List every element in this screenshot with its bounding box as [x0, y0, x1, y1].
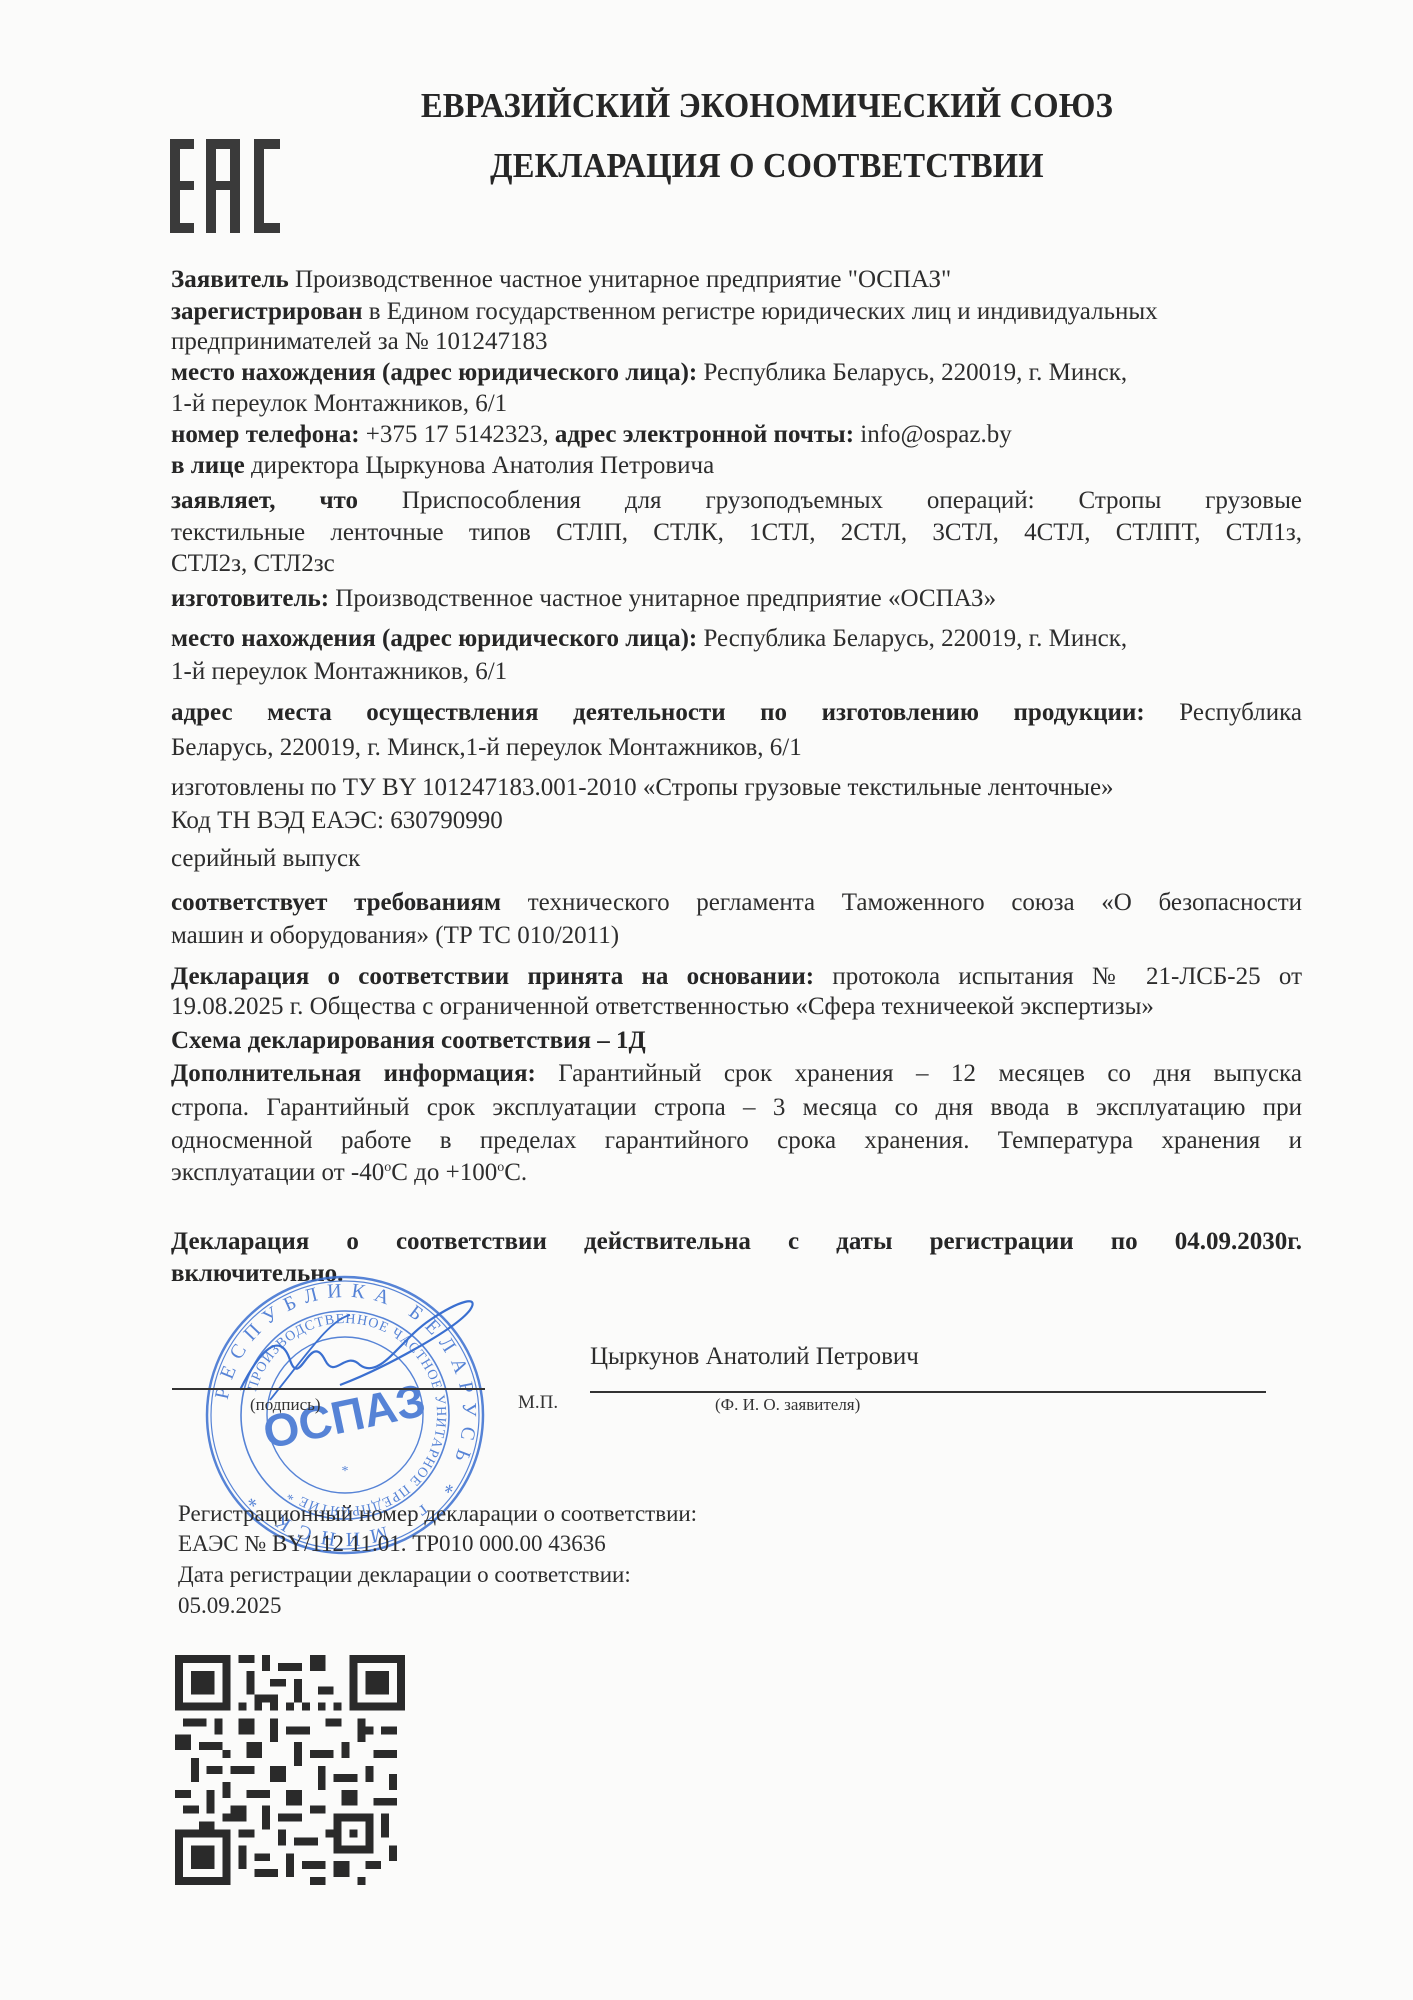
conformity-value: технического регламента Таможенного союз… [501, 889, 1302, 916]
temp-range-text: эксплуатации от -40 [171, 1159, 384, 1186]
registration-date-label: Дата регистрации декларации о соответств… [178, 1561, 631, 1589]
declaration-scheme: Схема декларирования соответствия – 1Д [171, 1026, 1302, 1056]
manufacturer-address-value: Республика Беларусь, 220019, г. Минск, [697, 625, 1127, 652]
temp-range-text: С. [504, 1159, 527, 1186]
document-title: ДЕКЛАРАЦИЯ О СООТВЕТСТВИИ [49, 146, 1363, 186]
signature-caption: (подпись) [250, 1395, 321, 1415]
declares-label: заявляет, что [171, 487, 358, 514]
contact-line: номер телефона: +375 17 5142323, адрес э… [171, 420, 1302, 450]
phone-label: номер телефона: [171, 421, 360, 448]
registered-number: предпринимателей за № 101247183 [171, 327, 1302, 357]
production-address-line-2: Беларусь, 220019, г. Минск,1-й переулок … [171, 733, 1302, 763]
basis-line-2: 19.08.2025 г. Общества с ограниченной от… [171, 992, 1302, 1022]
registration-date-value: 05.09.2025 [178, 1592, 282, 1620]
release-type: серийный выпуск [171, 844, 1302, 874]
conformity-label: соответствует требованиям [171, 889, 501, 916]
additional-info-line-4: эксплуатации от -40oС до +100oС. [171, 1158, 1302, 1188]
declares-line-2: текстильные ленточные типов СТЛП, СТЛК, … [171, 518, 1302, 548]
declares-line: заявляет, что Приспособления для грузопо… [171, 486, 1302, 516]
applicant-address-line-2: 1-й переулок Монтажников, 6/1 [171, 389, 1302, 419]
manufacturer-line: изготовитель: Производственное частное у… [171, 584, 1302, 614]
production-address-label: адрес места осуществления деятельности п… [171, 699, 1145, 726]
applicant-line: Заявитель Производственное частное унита… [171, 265, 1302, 295]
signer-name: Цыркунов Анатолий Петрович [590, 1343, 919, 1371]
declares-value: Приспособления для грузоподъемных операц… [358, 487, 1302, 514]
applicant-value: Производственное частное унитарное предп… [289, 266, 951, 293]
signature-line [172, 1388, 485, 1390]
validity-line: Декларация о соответствии действительна … [171, 1227, 1302, 1257]
phone-value: +375 17 5142323, [360, 421, 555, 448]
svg-text:*: * [342, 1464, 349, 1479]
additional-info-line-3: односменной работе в пределах гарантийно… [171, 1126, 1302, 1156]
representative-label: в лице [171, 452, 245, 479]
registration-number-value: ЕАЭС № BY/112 11.01. ТР010 000.00 43636 [178, 1530, 606, 1558]
applicant-address-value: Республика Беларусь, 220019, г. Минск, [697, 359, 1127, 386]
applicant-address-line: место нахождения (адрес юридического лиц… [171, 358, 1302, 388]
name-line [590, 1391, 1266, 1393]
conformity-line: соответствует требованиям технического р… [171, 888, 1302, 918]
additional-info-line: Дополнительная информация: Гарантийный с… [171, 1059, 1302, 1089]
basis-label: Декларация о соответствии принята на осн… [171, 963, 814, 990]
registration-number-label: Регистрационный номер декларации о соотв… [178, 1500, 697, 1528]
temp-range-text: С до +100 [391, 1159, 497, 1186]
production-address-value: Республика [1145, 699, 1302, 726]
tn-ved-code: Код ТН ВЭД ЕАЭС: 630790990 [171, 806, 1302, 836]
product-spec: изготовлены по ТУ BY 101247183.001-2010 … [171, 773, 1302, 803]
declares-line-3: СТЛ2з, СТЛ2зс [171, 549, 1302, 579]
email-value[interactable]: info@ospaz.by [854, 421, 1012, 448]
applicant-address-label: место нахождения (адрес юридического лиц… [171, 359, 697, 386]
declaration-document: ЕВРАЗИЙСКИЙ ЭКОНОМИЧЕСКИЙ СОЮЗ ДЕКЛАРАЦИ… [0, 0, 1413, 2000]
manufacturer-address-label: место нахождения (адрес юридического лиц… [171, 625, 697, 652]
representative-line: в лице директора Цыркунова Анатолия Петр… [171, 451, 1302, 481]
name-caption: (Ф. И. О. заявителя) [715, 1395, 860, 1415]
qr-code-icon[interactable] [175, 1655, 405, 1885]
manufacturer-value: Производственное частное унитарное предп… [329, 585, 996, 612]
manufacturer-address-line-2: 1-й переулок Монтажников, 6/1 [171, 657, 1302, 687]
seal-caption: М.П. [518, 1392, 558, 1414]
applicant-label: Заявитель [171, 266, 289, 293]
union-title: ЕВРАЗИЙСКИЙ ЭКОНОМИЧЕСКИЙ СОЮЗ [49, 86, 1363, 126]
basis-value: протокола испытания № 21-ЛСБ-25 от [814, 963, 1302, 990]
registered-value: в Едином государственном регистре юридич… [362, 298, 1157, 325]
manufacturer-label: изготовитель: [171, 585, 329, 612]
additional-info-value: Гарантийный срок хранения – 12 месяцев с… [536, 1060, 1302, 1087]
conformity-line-2: машин и оборудования» (ТР ТС 010/2011) [171, 921, 1302, 951]
manufacturer-address-line: место нахождения (адрес юридического лиц… [171, 624, 1302, 654]
production-address-line: адрес места осуществления деятельности п… [171, 698, 1302, 728]
additional-info-line-2: стропа. Гарантийный срок эксплуатации ст… [171, 1093, 1302, 1123]
registered-label: зарегистрирован [171, 298, 362, 325]
representative-value: директора Цыркунова Анатолия Петровича [245, 452, 715, 479]
registered-line: зарегистрирован в Едином государственном… [171, 297, 1302, 327]
email-label: адрес электронной почты: [555, 421, 854, 448]
additional-info-label: Дополнительная информация: [171, 1060, 536, 1087]
basis-line: Декларация о соответствии принята на осн… [171, 962, 1302, 992]
